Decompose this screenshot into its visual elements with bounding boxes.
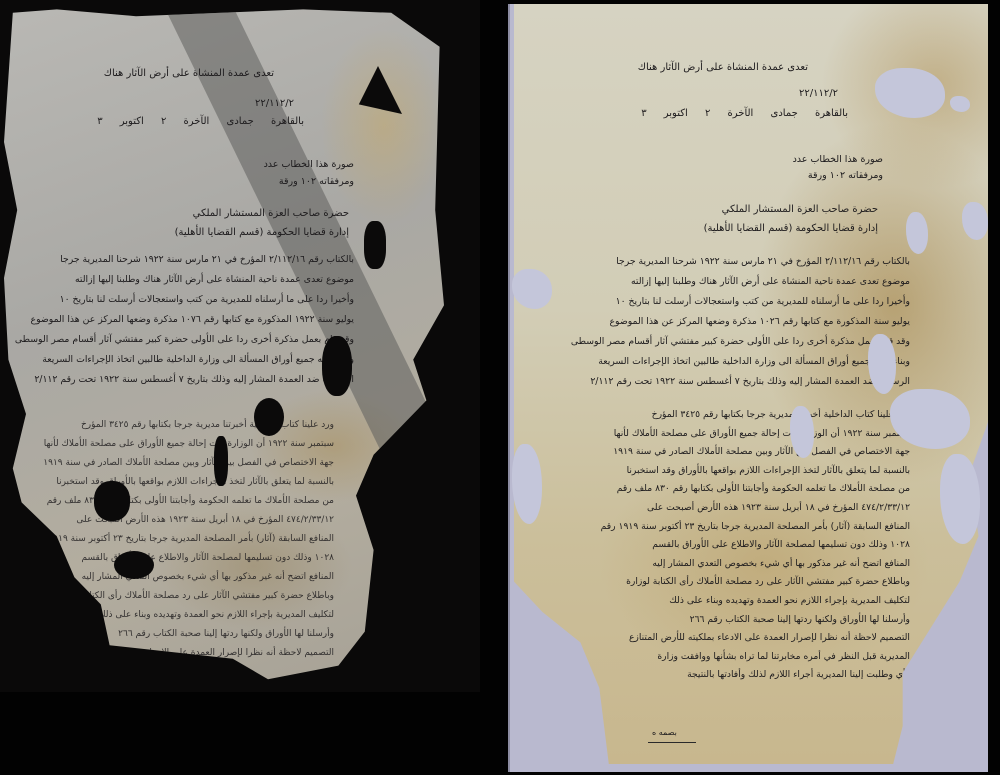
document-header: تعدى عمدة المنشاة على أرض الآثار هناك	[104, 68, 274, 79]
paper-hole	[322, 336, 352, 396]
document-body-lower: ورد علينا كتاب الداخلية أخبرتنا مديرية ج…	[31, 416, 334, 663]
paper-hole	[214, 436, 228, 486]
damaged-document-photo: تعدى عمدة المنشاة على أرض الآثار هناك ٢٢…	[0, 0, 480, 692]
copy-note: صورة هذا الخطاب عدد ومرفقاته ١٠٢ ورقة	[264, 156, 354, 190]
document-body: بالكتاب رقم ٢/١١٢/١٦ المؤرخ في ٢١ مارس س…	[571, 252, 910, 392]
damaged-paper-sheet: تعدى عمدة المنشاة على أرض الآثار هناك ٢٢…	[4, 6, 444, 686]
tissue-fill-loss	[950, 96, 970, 112]
paper-hole	[254, 398, 284, 436]
document-body: بالكتاب رقم ٢/١١٢/١٦ المؤرخ في ٢١ مارس س…	[15, 250, 354, 390]
paper-hole	[114, 551, 154, 579]
document-dateline: بالقاهرة جمادى الآخرة ٢ اكتوبر ٣	[641, 108, 848, 119]
document-header: تعدى عمدة المنشاة على أرض الآثار هناك	[638, 62, 808, 73]
paper-hole	[94, 481, 130, 521]
paper-hole	[354, 66, 402, 114]
document-body-continued: ورد علينا كتاب الداخلية أخبرتنا مديرية ج…	[601, 406, 910, 685]
document-reference: ٢٢/١١٢/٢	[799, 88, 838, 99]
copy-note: صورة هذا الخطاب عدد ومرفقاته ١٠٢ ورقة	[793, 152, 883, 184]
tissue-fill-loss	[906, 212, 928, 254]
signature-line	[648, 742, 696, 743]
document-dateline: بالقاهرة جمادى الآخرة ٢ اكتوبر ٣	[97, 116, 304, 127]
addressee-block: حضرة صاحب العزة المستشار الملكي إدارة قض…	[704, 200, 878, 238]
signature: بصمه ه	[652, 728, 677, 737]
tissue-fill-loss	[962, 202, 988, 240]
document-reference: ٢٢/١١٢/٢	[255, 98, 294, 109]
paper-hole	[364, 221, 386, 269]
tissue-fill-loss	[790, 406, 814, 458]
restored-paper-sheet: تعدى عمدة المنشاة على أرض الآثار هناك ٢٢…	[514, 4, 988, 764]
addressee-block: حضرة صاحب العزة المستشار الملكي إدارة قض…	[175, 204, 349, 242]
restored-document-photo: تعدى عمدة المنشاة على أرض الآثار هناك ٢٢…	[508, 4, 988, 772]
